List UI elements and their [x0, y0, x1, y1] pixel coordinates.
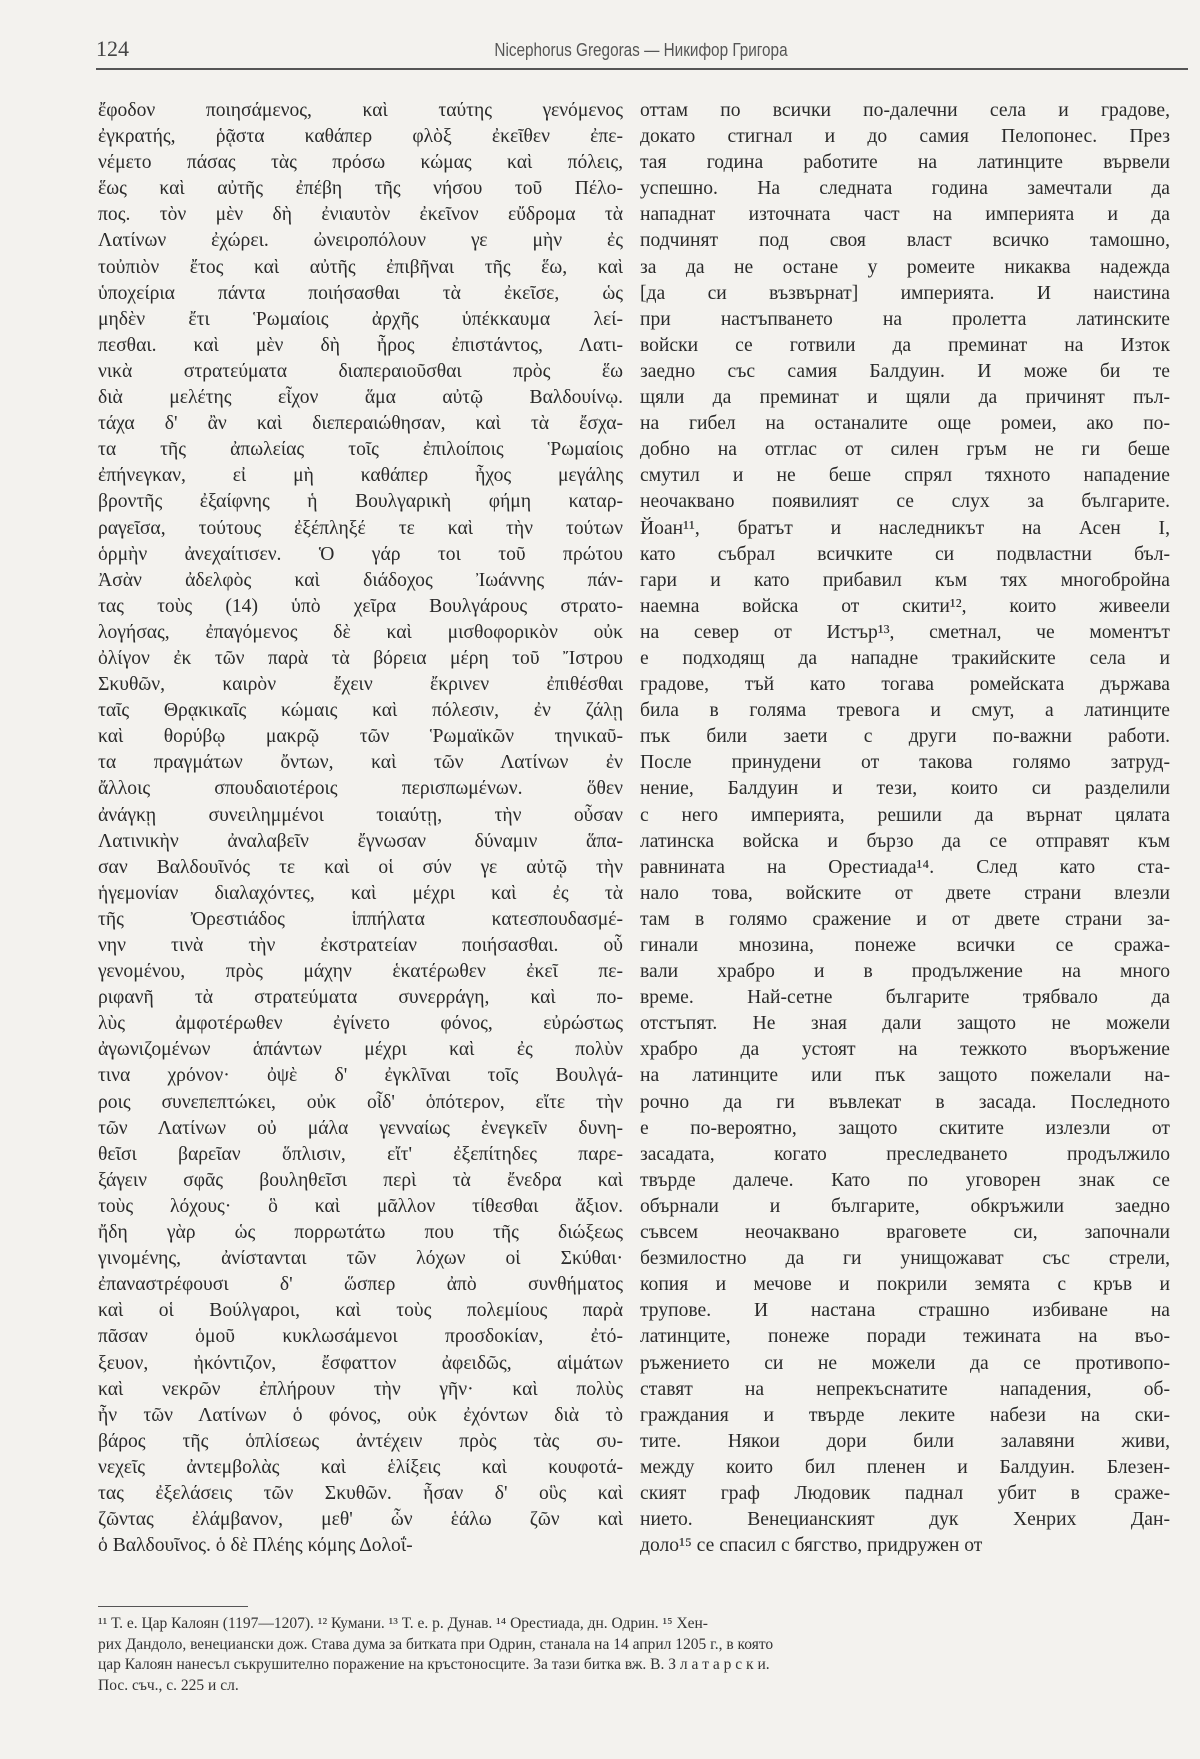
text-line: ἕως καὶ αὐτῆς ἐπέβη τῆς νήσου τοῦ Πέλο- — [98, 176, 623, 202]
text-line: [да си възвърнат] империята. И наистина — [640, 281, 1170, 307]
text-line: докато стигнал и до самия Пелопонес. Пре… — [640, 124, 1170, 150]
text-line: γενομένου, πρὸς μάχην ἑκατέρωθεν ἐκεῖ πε… — [98, 959, 623, 985]
text-line: латинците, понеже поради тежината на въо… — [640, 1324, 1170, 1350]
text-line: храбро да устоят на тежкото въоръжение — [640, 1037, 1170, 1063]
text-line: ὁ Βαλδουῖνος. ὁ δὲ Πλέης κόμης Δολοΐ- — [98, 1533, 623, 1559]
text-line: ἀγωνιζομένων ἁπάντων μέχρι καὶ ἐς πολὺν — [98, 1037, 623, 1063]
text-line: ἐπαναστρέφουσι δ' ὥσπερ ἀπὸ συνθήματος — [98, 1272, 623, 1298]
text-line: νέμετο πάσας τὰς πρόσω κώμας καὶ πόλεις, — [98, 150, 623, 176]
header-rule — [96, 68, 1188, 70]
text-line: βάρος τῆς ὁπλίσεως ἀντέχειν πρὸς τὰς συ- — [98, 1429, 623, 1455]
text-line: вали храбро и в продължение на много — [640, 959, 1170, 985]
text-line: τῆς Ὀρεστιάδος ἱππήλατα κατεσπουδασμέ- — [98, 907, 623, 933]
text-line: трупове. И настана страшно избиване на — [640, 1298, 1170, 1324]
text-line: ἐπήνεγκαν, εἰ μὴ καθάπερ ἦχος μεγάλης — [98, 463, 623, 489]
greek-text-column: ἔφοδον ποιησάμενος, καὶ ταύτης γενόμενος… — [98, 98, 623, 1559]
text-line: на латинците или пък защото пожелали на- — [640, 1063, 1170, 1089]
text-line: ξάγειν σφᾶς βουληθεῖσι περὶ τὰ ἔνεδρα κα… — [98, 1168, 623, 1194]
text-line: била в голяма тревога и смут, а латинцит… — [640, 698, 1170, 724]
text-line: пък били заети с други по-важни работи. — [640, 724, 1170, 750]
footnotes: ¹¹ Т. е. Цар Калоян (1197—1207). ¹² Кума… — [98, 1614, 1170, 1696]
text-line: тая година работите на латинците вървели — [640, 150, 1170, 176]
text-line: с него империята, решили да върнат цялат… — [640, 803, 1170, 829]
text-line: е подходящ да нападне тракийските села и — [640, 646, 1170, 672]
text-line: равнината на Орестиада¹⁴. След като ста- — [640, 855, 1170, 881]
text-line: ръжението си не можели да се противопо- — [640, 1351, 1170, 1377]
bulgarian-translation-column: оттам по всички по-далечни села и градов… — [640, 98, 1170, 1559]
text-line: Σκυθῶν, καιρὸν ἔχειν ἔκρινεν ἐπιθέσθαι — [98, 672, 623, 698]
text-line: ταῖς Θρᾳκικαῖς κώμαις καὶ πόλεσιν, ἐν ζά… — [98, 698, 623, 724]
text-line: σαν Βαλδουῖνός τε καὶ οἱ σύν γε αὐτῷ τὴν — [98, 855, 623, 881]
text-line: ἤδη γὰρ ὡς πορρωτάτω που τῆς διώξεως — [98, 1220, 623, 1246]
footnote-rule — [98, 1606, 248, 1607]
text-line: ροις συνεπεπτώκει, οὐκ οἶδ' ὁπότερον, εἴ… — [98, 1090, 623, 1116]
text-line: градове, тъй като тогава ромейската държ… — [640, 672, 1170, 698]
text-line: е по-вероятно, защото скитите излезли от — [640, 1116, 1170, 1142]
text-line: ὀλίγον ἐκ τῶν παρὰ τὰ βόρεια μέρη τοῦ Ἴσ… — [98, 646, 623, 672]
text-line: войски се готвили да преминат на Изток — [640, 333, 1170, 359]
text-line: τοὺς λόχους· ὃ καὶ μᾶλλον τίθεσθαι ἄξιον… — [98, 1194, 623, 1220]
text-line: гинали мнозина, понеже всички се сража- — [640, 933, 1170, 959]
text-line: ὑποχείρια πάντα ποιήσασθαι τὰ ἐκεῖσε, ὡς — [98, 281, 623, 307]
text-line: нение, Балдуин и тези, които си разделил… — [640, 776, 1170, 802]
text-line: ξευον, ἠκόντιζον, ἔσφαττον ἀφειδῶς, αἱμά… — [98, 1351, 623, 1377]
text-line: засадата, когато преследването продължил… — [640, 1142, 1170, 1168]
text-line: λογήσας, ἐπαγόμενος δὲ καὶ μισθοφορικὸν … — [98, 620, 623, 646]
text-line: πος. τὸν μὲν δὴ ἐνιαυτὸν ἐκεῖνον εὔδρομα… — [98, 202, 623, 228]
text-line: нало това, войските от двете страни влез… — [640, 881, 1170, 907]
text-line: πεσθαι. καὶ μὲν δὴ ἦρος ἐπιστάντος, Λατι… — [98, 333, 623, 359]
text-line: доло¹⁵ се спасил с бягство, придружен от — [640, 1533, 1170, 1559]
text-line: μηδὲν ἔτι Ῥωμαίοις ἀρχῆς ὑπέκκαυμα λεί- — [98, 307, 623, 333]
text-line: νην τινὰ τὴν ἐκστρατείαν ποιήσασθαι. οὗ — [98, 933, 623, 959]
text-line: латинска войска и бързо да се отправят к… — [640, 829, 1170, 855]
text-line: граждания и твърде леките набези на ски- — [640, 1403, 1170, 1429]
text-line: καὶ θορύβῳ μακρῷ τῶν Ῥωμαϊκῶν τηνικαῦ- — [98, 724, 623, 750]
text-line: при настъпването на пролетта латинските — [640, 307, 1170, 333]
text-line: νικὰ στρατεύματα διαπεραιοῦσθαι πρὸς ἕω — [98, 359, 623, 385]
text-line: καὶ οἱ Βούλγαροι, καὶ τοὺς πολεμίους παρ… — [98, 1298, 623, 1324]
text-line: неочаквано появилият се слух за българит… — [640, 489, 1170, 515]
text-line: ἐγκρατής, ῥᾷστα καθάπερ φλὸξ ἐκεῖθεν ἐπε… — [98, 124, 623, 150]
running-title: Nicephorus Gregoras — Никифор Григора — [178, 40, 1105, 61]
text-line: Λατινικὴν ἀναλαβεῖν ἔγνωσαν δύναμιν ἅπα- — [98, 829, 623, 855]
text-line: като събрал всичките си подвластни бъл- — [640, 542, 1170, 568]
page-number: 124 — [96, 36, 129, 62]
text-line: τάχα δ' ἂν καὶ διεπεραιώθησαν, καὶ τὰ ἔσ… — [98, 411, 623, 437]
text-line: смутил и не беше спрял тяхното нападение — [640, 463, 1170, 489]
text-line: После принудени от такова голямо затруд- — [640, 750, 1170, 776]
text-line: ἦν τῶν Λατίνων ὁ φόνος, οὐκ ἐχόντων διὰ … — [98, 1403, 623, 1429]
text-line: Λατίνων ἐχώρει. ὠνειροπόλουν γε μὴν ἐς — [98, 228, 623, 254]
text-line: καὶ νεκρῶν ἐπλήρουν τὴν γῆν· καὶ πολὺς — [98, 1377, 623, 1403]
text-line: ὁρμὴν ἀνεχαίτισεν. Ὁ γάρ τοι τοῦ πρώτου — [98, 542, 623, 568]
text-line: πᾶσαν ὁμοῦ κυκλωσάμενοι προσδοκίαν, ἐτό- — [98, 1324, 623, 1350]
text-line: там в голямо сражение и от двете страни … — [640, 907, 1170, 933]
text-line: Йоан¹¹, братът и наследникът на Асен I, — [640, 516, 1170, 542]
text-line: ζῶντας ἐλάμβανον, μεθ' ὧν ἑάλω ζῶν καὶ — [98, 1507, 623, 1533]
text-line: между които бил пленен и Балдуин. Блезен… — [640, 1455, 1170, 1481]
text-line: γινομένης, ἀνίστανται τῶν λόχων οἱ Σκύθα… — [98, 1246, 623, 1272]
text-line: добно на отглас от силен гръм не ги беше — [640, 437, 1170, 463]
text-line: τα τῆς ἀπωλείας τοῖς ἐπιλοίποις Ῥωμαίοις — [98, 437, 623, 463]
text-line: τας ἐξελάσεις τῶν Σκυθῶν. ἦσαν δ' οὓς κα… — [98, 1481, 623, 1507]
text-line: тите. Някои дори били залавяни живи, — [640, 1429, 1170, 1455]
text-line: съвсем неочаквано враговете си, започнал… — [640, 1220, 1170, 1246]
text-line: τινα χρόνον· ὀψὲ δ' ἐγκλῖναι τοῖς Βουλγά… — [98, 1063, 623, 1089]
text-line: Ἀσὰν ἀδελφὸς καὶ διάδοχος Ἰωάννης πάν- — [98, 568, 623, 594]
text-line: време. Най-сетне българите трябвало да — [640, 985, 1170, 1011]
text-line: щяли да преминат и щяли да причинят пъл- — [640, 385, 1170, 411]
text-line: λὺς ἀμφοτέρωθεν ἐγίνετο φόνος, εὐρώστως — [98, 1011, 623, 1037]
text-line: нападнат източната част на империята и д… — [640, 202, 1170, 228]
text-line: на гибел на останалите още ромеи, ако по… — [640, 411, 1170, 437]
text-line: копия и мечове и покрили земята с кръв и — [640, 1272, 1170, 1298]
text-line: βροντῆς ἐξαίφνης ἡ Βουλγαρικὴ φήμη καταρ… — [98, 489, 623, 515]
text-line: нието. Венецианският дук Хенрих Дан- — [640, 1507, 1170, 1533]
text-line: наемна войска от скити¹², които живеели — [640, 594, 1170, 620]
text-line: ριφανῆ τὰ στρατεύματα συνερράγη, καὶ πο- — [98, 985, 623, 1011]
footnote-line: ¹¹ Т. е. Цар Калоян (1197—1207). ¹² Кума… — [98, 1614, 1170, 1635]
text-line: заедно със самия Балдуин. И може би те — [640, 359, 1170, 385]
text-line: на север от Истър¹³, сметнал, че моментъ… — [640, 620, 1170, 646]
text-line: ставят на непрекъснатите нападения, об- — [640, 1377, 1170, 1403]
text-line: ският граф Людовик паднал убит в сраже- — [640, 1481, 1170, 1507]
text-line: ἄλλοις σπουδαιοτέροις περισπωμένων. ὅθεν — [98, 776, 623, 802]
text-line: τα πραγμάτων ὄντων, καὶ τῶν Λατίνων ἐν — [98, 750, 623, 776]
text-line: θεῖσι βαρεῖαν ὅπλισιν, εἴτ' ἐξεπίτηδες π… — [98, 1142, 623, 1168]
text-line: отстъпят. Не зная дали защото не можели — [640, 1011, 1170, 1037]
text-line: τας τοὺς (14) ὑπὸ χεῖρα Βουλγάρους στρατ… — [98, 594, 623, 620]
footnote-line: цар Калоян нанесъл съкрушително поражени… — [98, 1655, 1170, 1676]
text-line: гари и като прибавил към тях многобройна — [640, 568, 1170, 594]
text-line: ἀνάγκῃ συνειλημμένοι τοιαύτῃ, τὴν οὖσαν — [98, 803, 623, 829]
text-line: подчинят под своя власт всичко тамошно, — [640, 228, 1170, 254]
text-line: успешно. На следната година замечтали да — [640, 176, 1170, 202]
text-line: τῶν Λατίνων οὐ μάλα γενναίως ἐνεγκεῖν δυ… — [98, 1116, 623, 1142]
text-line: за да не остане у ромеите никаква надежд… — [640, 255, 1170, 281]
text-line: рочно да ги въвлекат в засада. Последнот… — [640, 1090, 1170, 1116]
text-line: твърде далече. Като по уговорен знак се — [640, 1168, 1170, 1194]
text-line: оттам по всички по-далечни села и градов… — [640, 98, 1170, 124]
footnote-line: Пос. съч., с. 225 и сл. — [98, 1676, 1170, 1697]
page-header: 124 Nicephorus Gregoras — Никифор Григор… — [96, 36, 1186, 66]
text-line: обърнали и българите, обкръжили заедно — [640, 1194, 1170, 1220]
text-line: τοὐπιὸν ἔτος καὶ αὐτῆς ἐπιβῆναι τῆς ἕω, … — [98, 255, 623, 281]
text-line: διὰ μελέτης εἶχον ἅμα αὐτῷ Βαλδουίνῳ. — [98, 385, 623, 411]
text-line: ραγεῖσα, τούτους ἐξέπληξέ τε καὶ τὴν τού… — [98, 516, 623, 542]
footnote-line: рих Дандоло, венециански дож. Става дума… — [98, 1635, 1170, 1656]
text-line: ἡγεμονίαν διαλαχόντες, καὶ μέχρι καὶ ἐς … — [98, 881, 623, 907]
text-line: безмилостно да ги унищожават със стрели, — [640, 1246, 1170, 1272]
text-line: ἔφοδον ποιησάμενος, καὶ ταύτης γενόμενος — [98, 98, 623, 124]
text-line: νεχεῖς ἀντεμβολὰς καὶ ἑλίξεις καὶ κουφοτ… — [98, 1455, 623, 1481]
